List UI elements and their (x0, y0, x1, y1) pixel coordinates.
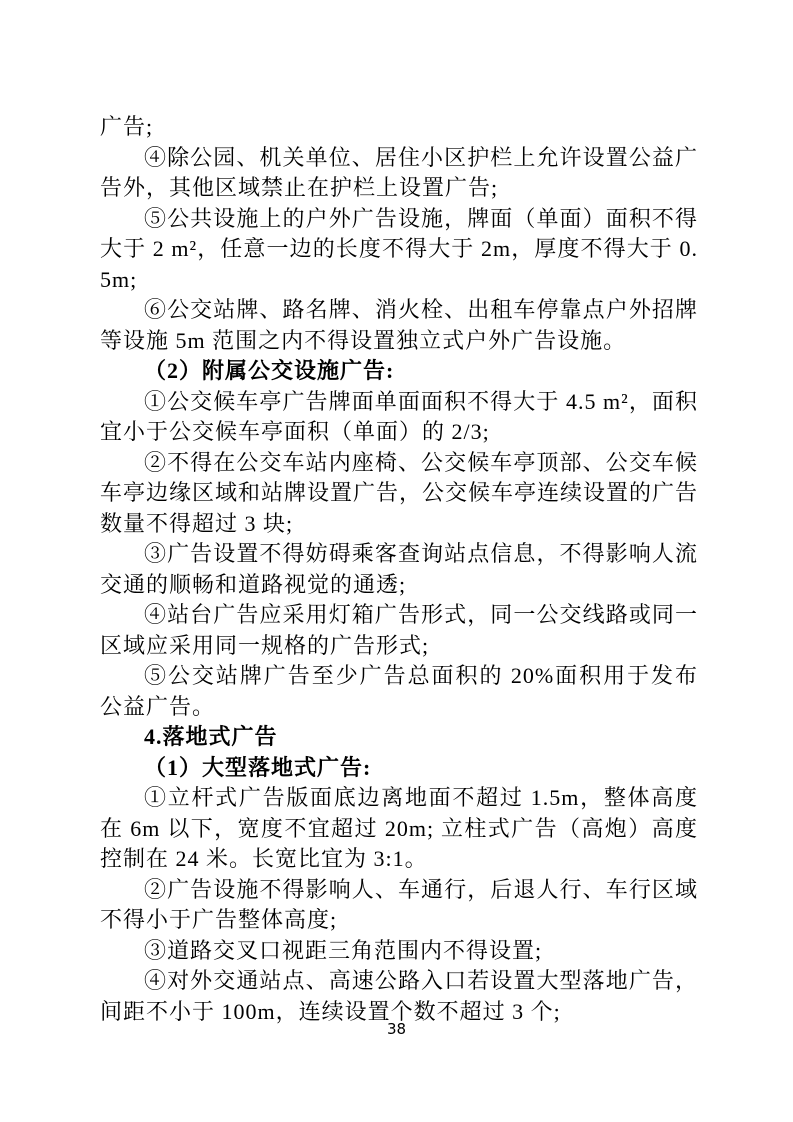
paragraph-item-4-lightbox-format: ④站台广告应采用灯箱广告形式，同一公交线路或同一区域应采用同一规格的广告形式; (100, 600, 698, 661)
document-page: 广告; ④除公园、机关单位、居住小区护栏上允许设置公益广告外，其他区域禁止在护栏… (0, 0, 793, 1122)
paragraph-item-6-bus-stop-signs: ⑥公交站牌、路名牌、消火栓、出租车停靠点户外招牌等设施 5m 范围之内不得设置独… (100, 295, 698, 356)
paragraph-item-2-traffic-clearance: ②广告设施不得影响人、车通行，后退人行、车行区域不得小于广告整体高度; (100, 875, 698, 936)
heading-large-ground-mounted-ads: （1）大型落地式广告: (100, 753, 698, 784)
text-body: 广告; ④除公园、机关单位、居住小区护栏上允许设置公益广告外，其他区域禁止在护栏… (100, 112, 698, 1027)
heading-affiliated-transit-facility-ads: （2）附属公交设施广告: (100, 356, 698, 387)
paragraph-item-5-public-welfare-share: ⑤公交站牌广告至少广告总面积的 20%面积用于发布公益广告。 (100, 661, 698, 722)
paragraph-item-2-shelter-placement: ②不得在公交车站内座椅、公交候车亭顶部、公交车候车亭边缘区域和站牌设置广告，公交… (100, 448, 698, 540)
paragraph-item-1-pole-dimensions: ①立杆式广告版面底边离地面不超过 1.5m，整体高度在 6m 以下，宽度不宜超过… (100, 783, 698, 875)
paragraph-item-5-public-facilities: ⑤公共设施上的户外广告设施，牌面（单面）面积不得大于 2 m²，任意一边的长度不… (100, 204, 698, 296)
paragraph-item-4-highway-spacing: ④对外交通站点、高速公路入口若设置大型落地广告，间距不小于 100m，连续设置个… (100, 966, 698, 1027)
heading-ground-mounted-ads: 4.落地式广告 (100, 722, 698, 753)
page-number: 38 (0, 1020, 793, 1038)
paragraph-continuation: 广告; (100, 112, 698, 143)
paragraph-item-1-shelter-area: ①公交候车亭广告牌面单面面积不得大于 4.5 m²，面积宜小于公交候车亭面积（单… (100, 387, 698, 448)
paragraph-item-3-intersection-sightline: ③道路交叉口视距三角范围内不得设置; (100, 936, 698, 967)
paragraph-item-3-passenger-info: ③广告设置不得妨碍乘客查询站点信息，不得影响人流交通的顺畅和道路视觉的通透; (100, 539, 698, 600)
paragraph-item-4-fences: ④除公园、机关单位、居住小区护栏上允许设置公益广告外，其他区域禁止在护栏上设置广… (100, 143, 698, 204)
